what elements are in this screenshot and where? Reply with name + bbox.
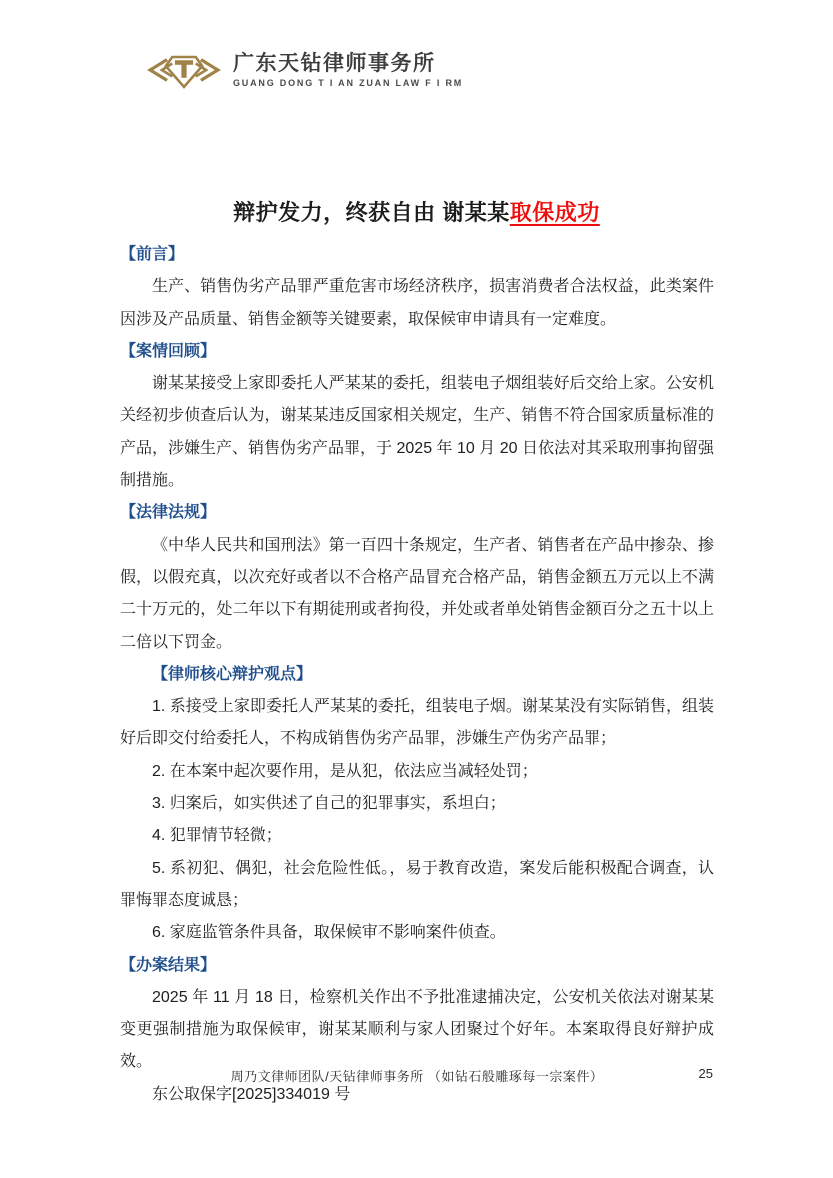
page-number: 25: [699, 1066, 713, 1081]
page-footer: 周乃文律师团队/天钻律师事务所 （如钻石般雕琢每一宗案件）: [120, 1066, 714, 1085]
paragraph: 《中华人民共和国刑法》第一百四十条规定，生产者、销售者在产品中掺杂、掺假，以假充…: [120, 530, 714, 659]
article-body: 【前言】 生产、销售伪劣产品罪严重危害市场经济秩序，损害消费者合法权益，此类案件…: [120, 239, 714, 1111]
title-text: 辩护发力，终获自由 谢某某: [233, 200, 510, 225]
defense-point-2: 2. 在本案中起次要作用，是从犯，依法应当减轻处罚；: [120, 756, 714, 788]
section-heading-preface: 【前言】: [120, 239, 714, 271]
defense-point-1: 1. 系接受上家即委托人严某某的委托，组装电子烟。谢某某没有实际销售，组装好后即…: [120, 691, 714, 756]
defense-point-3: 3. 归案后，如实供述了自己的犯罪事实，系坦白；: [120, 788, 714, 820]
section-heading-case-review: 【案情回顾】: [120, 336, 714, 368]
section-heading-laws: 【法律法规】: [120, 497, 714, 529]
section-heading-defense-points: 【律师核心辩护观点】: [120, 659, 714, 691]
document-page: 广东天钻律师事务所 GUANG DONG T I AN ZUAN LAW F I…: [0, 0, 833, 1178]
logo-chinese-name: 广东天钻律师事务所: [233, 51, 463, 77]
diamond-logo-icon: [145, 44, 223, 96]
logo-english-name: GUANG DONG T I AN ZUAN LAW F I RM: [233, 77, 463, 89]
section-heading-result: 【办案结果】: [120, 950, 714, 982]
defense-point-4: 4. 犯罪情节轻微；: [120, 820, 714, 852]
defense-point-6: 6. 家庭监管条件具备，取保候审不影响案件侦查。: [120, 917, 714, 949]
title-highlight-text: 取保成功: [510, 200, 600, 225]
paragraph: 生产、销售伪劣产品罪严重危害市场经济秩序，损害消费者合法权益，此类案件因涉及产品…: [120, 271, 714, 336]
defense-point-5: 5. 系初犯、偶犯，社会危险性低。，易于教育改造，案发后能积极配合调查，认罪悔罪…: [120, 853, 714, 918]
paragraph: 谢某某接受上家即委托人严某某的委托，组装电子烟组装好后交给上家。公安机关经初步侦…: [120, 368, 714, 497]
article-title: 辩护发力，终获自由 谢某某取保成功: [0, 196, 833, 227]
paragraph: 2025 年 11 月 18 日，检察机关作出不予批准逮捕决定，公安机关依法对谢…: [120, 982, 714, 1079]
law-firm-logo: 广东天钻律师事务所 GUANG DONG T I AN ZUAN LAW F I…: [145, 44, 463, 96]
logo-text: 广东天钻律师事务所 GUANG DONG T I AN ZUAN LAW F I…: [233, 51, 463, 89]
